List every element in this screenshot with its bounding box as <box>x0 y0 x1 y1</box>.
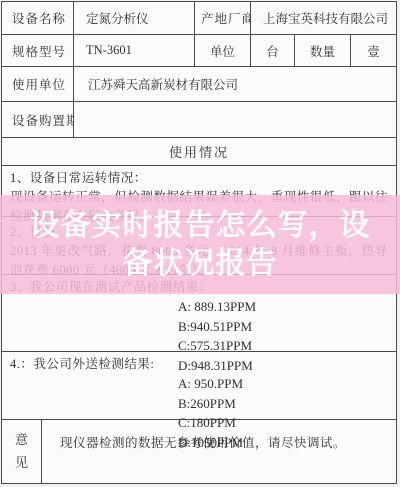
unit-label: 单位 <box>195 35 251 66</box>
row-purchase-date: 设备购置期 <box>2 102 396 138</box>
section1-heading: 1、设备日常运转情况： <box>10 169 388 188</box>
manufacturer-value: 上海宝英科技有限公司 <box>251 2 396 34</box>
row-model: 规格型号 TN-3601 单位 台 数量 壹 <box>2 35 396 67</box>
purchase-date-value <box>74 102 396 137</box>
section4-heading: 4.：我公司外送检测结果: <box>10 355 388 374</box>
result-line: B:260PPM <box>178 394 388 414</box>
section-external-results: 4.：我公司外送检测结果: A: 950.PPM B:260PPM C:180P… <box>2 352 396 420</box>
result-line: A: 950.PPM <box>178 374 388 394</box>
quantity-label: 数量 <box>295 35 351 66</box>
overlay-title-line2: 备状况报告 <box>123 245 278 283</box>
model-label: 规格型号 <box>2 35 74 66</box>
using-unit-label: 使用单位 <box>2 67 74 101</box>
unit-value: 台 <box>251 35 295 66</box>
promo-overlay-banner: 设备实时报告怎么写，设 备状况报告 <box>0 195 400 294</box>
manufacturer-label: 产地厂商 <box>195 2 251 34</box>
result-line: A: 889.13PPM <box>178 297 388 317</box>
row-device-name: 设备名称 定氮分析仪 产地厂商 上海宝英科技有限公司 <box>2 2 396 35</box>
overlay-title-line1: 设备实时报告怎么写，设 <box>30 207 371 245</box>
opinion-value: 现仪器检测的数据无参考使用价值，请尽快调试。 <box>42 420 396 483</box>
device-name-label: 设备名称 <box>2 2 74 34</box>
purchase-date-label: 设备购置期 <box>2 102 74 137</box>
model-value: TN-3601 <box>74 35 195 66</box>
usage-section-header: 使用情况 <box>2 138 396 166</box>
using-unit-value: 江苏舜天高新炭材有限公司 <box>74 67 396 101</box>
row-opinion: 意见 现仪器检测的数据无参考使用价值，请尽快调试。 <box>2 420 396 483</box>
quantity-value: 壹 <box>351 35 396 66</box>
result-line: B:940.51PPM <box>178 317 388 337</box>
opinion-label: 意见 <box>2 420 42 483</box>
device-name-value: 定氮分析仪 <box>74 2 195 34</box>
row-using-unit: 使用单位 江苏舜天高新炭材有限公司 <box>2 67 396 102</box>
